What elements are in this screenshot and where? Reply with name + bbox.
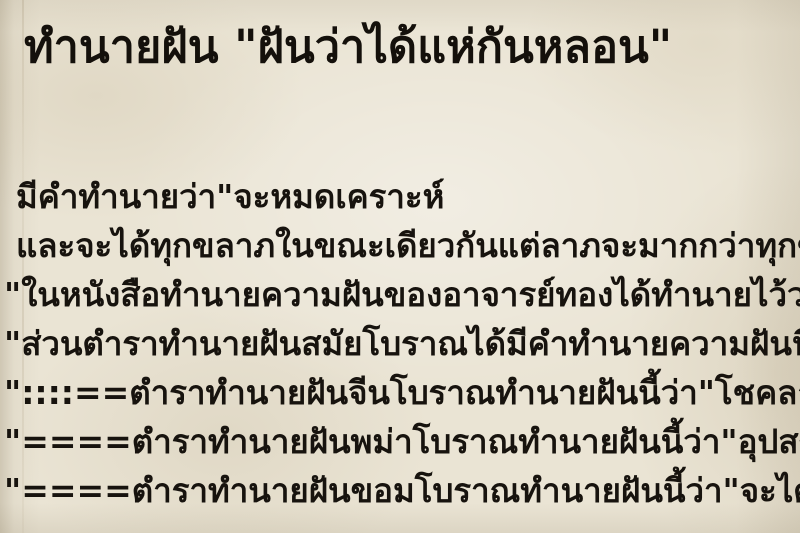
body-line: "::::==ตำราทำนายฝันจีนโบราณทำนายฝันนี้ว่… <box>0 368 800 417</box>
body-line: และจะได้ทุกขลาภในขณะเดียวกันแต่ลาภจะมากก… <box>0 221 800 270</box>
body-line: มีคำทำนายว่า"จะหมดเคราะห์ <box>0 172 800 221</box>
body-line: "====ตำราทำนายฝันขอมโบราณทำนายฝันนี้ว่า"… <box>0 466 800 515</box>
page-title: ทำนายฝัน "ฝันว่าได้แห่กันหลอน" <box>24 14 672 80</box>
body-line: "====ตำราทำนายฝันพม่าโบราณทำนายฝันนี้ว่า… <box>0 417 800 466</box>
interpretation-body: มีคำทำนายว่า"จะหมดเคราะห์ และจะได้ทุกขลา… <box>0 172 800 515</box>
body-line: "ส่วนตำราทำนายฝันสมัยโบราณได้มีคำทำนายคว… <box>0 319 800 368</box>
dream-interpretation-page: ทำนายฝัน "ฝันว่าได้แห่กันหลอน" มีคำทำนาย… <box>0 0 800 533</box>
body-line: "ในหนังสือทำนายความฝันของอาจารย์ทองได้ทำ… <box>0 270 800 319</box>
